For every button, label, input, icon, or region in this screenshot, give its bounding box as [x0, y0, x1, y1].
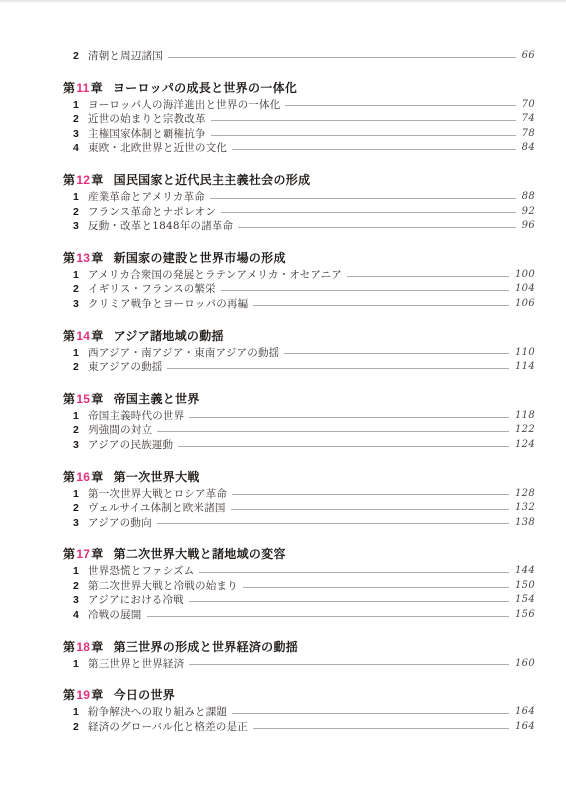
entry-page-number: 106	[515, 297, 535, 312]
entry-number: 1	[73, 98, 88, 113]
entry-number: 1	[73, 409, 88, 424]
chapter-label-suffix: 章	[91, 688, 103, 703]
chapter-number: 16	[75, 470, 91, 485]
entry-number: 4	[73, 608, 88, 623]
chapter-label-prefix: 第	[63, 688, 75, 703]
chapter-entries: 1 紛争解決への取り組みと課題 164 2 経済のグローバル化と格差の是正 16…	[63, 705, 535, 734]
entry-number: 3	[73, 297, 88, 312]
leader-line	[167, 368, 509, 369]
leader-line	[211, 135, 516, 136]
leader-line	[189, 601, 509, 602]
entry-title: 第二次世界大戦と冷戦の始まり	[88, 579, 238, 594]
entry-title: クリミア戦争とヨーロッパの再編	[88, 297, 248, 312]
entry-number: 2	[73, 579, 88, 594]
toc-entry: 3 アジアの民族運動 124	[63, 438, 535, 453]
chapter-label-prefix: 第	[63, 547, 75, 562]
entry-page-number: 138	[515, 516, 535, 531]
chapter-title: ヨーロッパの成長と世界の一体化	[113, 81, 297, 96]
entry-number: 3	[73, 219, 88, 234]
entry-page-number: 100	[515, 268, 535, 283]
chapter-heading: 第 11 章 ヨーロッパの成長と世界の一体化	[63, 81, 535, 96]
leader-line	[243, 587, 509, 588]
entry-page-number: 144	[515, 564, 535, 579]
chapter-label-prefix: 第	[63, 81, 75, 96]
chapter-section: 第 19 章 今日の世界 1 紛争解決への取り組みと課題 164 2 経済のグロ…	[63, 688, 535, 734]
toc-entry: 3 アジアにおける冷戦 154	[63, 593, 535, 608]
chapter-title: 新国家の建設と世界市場の形成	[114, 251, 286, 266]
entry-title: ヴェルサイユ体制と欧米諸国	[88, 501, 226, 516]
entry-page-number: 164	[515, 705, 535, 720]
entry-number: 1	[73, 268, 88, 283]
leader-line	[178, 446, 509, 447]
chapter-label-suffix: 章	[91, 470, 103, 485]
chapter-title: 国民国家と近代民主主義社会の形成	[114, 173, 311, 188]
entry-page-number: 154	[515, 593, 535, 608]
entry-title: 東アジアの動揺	[88, 360, 162, 375]
leader-line	[231, 509, 509, 510]
entry-title: 東欧・北欧世界と近世の文化	[88, 141, 227, 156]
entry-page-number: 104	[515, 282, 535, 297]
entry-number: 3	[73, 438, 88, 453]
entry-page-number: 160	[515, 657, 535, 672]
toc-entry: 4 冷戦の展開 156	[63, 608, 535, 623]
entry-page-number: 110	[515, 346, 535, 361]
entry-page-number: 118	[515, 409, 535, 424]
chapter-heading: 第 19 章 今日の世界	[63, 688, 535, 703]
leader-line	[284, 353, 509, 354]
chapter-number: 12	[75, 173, 91, 188]
chapter-section: 第 16 章 第一次世界大戦 1 第一次世界大戦とロシア革命 128 2 ヴェル…	[63, 470, 535, 531]
leader-line	[232, 149, 516, 150]
leader-line	[211, 120, 516, 121]
chapter-section: 第 18 章 第三世界の形成と世界経済の動揺 1 第三世界と世界経済 160	[63, 640, 535, 672]
toc-entry: 1 世界恐慌とファシズム 144	[63, 564, 535, 579]
entry-page-number: 156	[515, 608, 535, 623]
entry-number: 3	[73, 516, 88, 531]
toc-entry: 1 産業革命とアメリカ革命 88	[63, 190, 535, 205]
toc-page: 2 清朝と周辺諸国 66 第 11 章 ヨーロッパの成長と世界の一体化 1 ヨー…	[0, 0, 566, 800]
entry-number: 1	[73, 487, 88, 502]
entry-title: 帝国主義時代の世界	[88, 409, 184, 424]
toc-entry: 1 第三世界と世界経済 160	[63, 657, 535, 672]
entry-number: 1	[73, 705, 88, 720]
entry-number: 1	[73, 564, 88, 579]
toc-entry: 4 東欧・北欧世界と近世の文化 84	[63, 141, 535, 156]
leader-line	[232, 713, 509, 714]
entry-title: 反動・改革と1848年の諸革命	[88, 219, 233, 234]
chapter-title: 帝国主義と世界	[114, 392, 200, 407]
chapter-label-prefix: 第	[63, 470, 75, 485]
chapter-heading: 第 16 章 第一次世界大戦	[63, 470, 535, 485]
toc-entry: 3 反動・改革と1848年の諸革命 96	[63, 219, 535, 234]
chapter-label-prefix: 第	[63, 173, 75, 188]
toc-entry: 3 アジアの動向 138	[63, 516, 535, 531]
entry-number: 2	[73, 423, 88, 438]
entry-title: 紛争解決への取り組みと課題	[88, 705, 227, 720]
toc-entry: 2 清朝と周辺諸国 66	[63, 49, 535, 64]
chapter-number: 14	[75, 329, 91, 344]
chapter-heading: 第 13 章 新国家の建設と世界市場の形成	[63, 251, 535, 266]
chapter-title: 今日の世界	[114, 688, 176, 703]
chapter-label-suffix: 章	[91, 251, 103, 266]
entry-title: ヨーロッパ人の海洋進出と世界の一体化	[88, 98, 280, 113]
entry-title: アジアの動向	[88, 516, 152, 531]
toc-entry: 1 西アジア・南アジア・東南アジアの動揺 110	[63, 346, 535, 361]
chapter-label-suffix: 章	[91, 547, 103, 562]
chapter-section: 第 14 章 アジア諸地域の動揺 1 西アジア・南アジア・東南アジアの動揺 11…	[63, 329, 535, 375]
toc-entry: 2 東アジアの動揺 114	[63, 360, 535, 375]
entry-title: 近世の始まりと宗教改革	[88, 112, 206, 127]
toc-entry: 2 イギリス・フランスの繁栄 104	[63, 282, 535, 297]
entry-title: 主権国家体制と覇権抗争	[88, 127, 206, 142]
chapter-entries: 1 ヨーロッパ人の海洋進出と世界の一体化 70 2 近世の始まりと宗教改革 74…	[63, 98, 535, 156]
entry-number: 2	[73, 360, 88, 375]
entry-number: 2	[73, 720, 88, 735]
toc-entry: 1 アメリカ合衆国の発展とラテンアメリカ・オセアニア 100	[63, 268, 535, 283]
toc-entry: 2 フランス革命とナポレオン 92	[63, 205, 535, 220]
entry-number: 2	[73, 282, 88, 297]
entry-page-number: 92	[522, 205, 535, 220]
entry-number: 1	[73, 346, 88, 361]
chapter-entries: 1 第三世界と世界経済 160	[63, 657, 535, 672]
leader-line	[238, 227, 515, 228]
chapter-section: 第 17 章 第二次世界大戦と諸地域の変容 1 世界恐慌とファシズム 144 2…	[63, 547, 535, 622]
chapter-heading: 第 12 章 国民国家と近代民主主義社会の形成	[63, 173, 535, 188]
chapter-label-suffix: 章	[91, 173, 103, 188]
chapter-section: 第 11 章 ヨーロッパの成長と世界の一体化 1 ヨーロッパ人の海洋進出と世界の…	[63, 81, 535, 156]
entry-title: 西アジア・南アジア・東南アジアの動揺	[88, 346, 279, 361]
chapter-number: 15	[75, 392, 91, 407]
entry-page-number: 84	[522, 141, 535, 156]
toc-entry: 2 近世の始まりと宗教改革 74	[63, 112, 535, 127]
chapter-number: 17	[75, 547, 91, 562]
entry-title: 第一次世界大戦とロシア革命	[88, 487, 227, 502]
leader-line	[221, 290, 509, 291]
entry-number: 2	[73, 112, 88, 127]
toc-entry: 1 第一次世界大戦とロシア革命 128	[63, 487, 535, 502]
entry-number: 4	[73, 141, 88, 156]
toc-entry: 1 ヨーロッパ人の海洋進出と世界の一体化 70	[63, 98, 535, 113]
scan-edge-shade	[0, 0, 566, 4]
toc-entry: 3 クリミア戦争とヨーロッパの再編 106	[63, 297, 535, 312]
entry-title: アジアの民族運動	[88, 438, 173, 453]
chapter-entries: 1 西アジア・南アジア・東南アジアの動揺 110 2 東アジアの動揺 114	[63, 346, 535, 375]
chapter-label-suffix: 章	[91, 329, 103, 344]
entry-title: アジアにおける冷戦	[88, 593, 184, 608]
chapter-heading: 第 14 章 アジア諸地域の動揺	[63, 329, 535, 344]
toc-entry: 2 経済のグローバル化と格差の是正 164	[63, 720, 535, 735]
entry-page-number: 150	[515, 579, 535, 594]
toc-entry: 1 帝国主義時代の世界 118	[63, 409, 535, 424]
entry-title: 列強間の対立	[88, 423, 152, 438]
chapter-heading: 第 17 章 第二次世界大戦と諸地域の変容	[63, 547, 535, 562]
leader-line	[253, 305, 509, 306]
chapter-title: 第二次世界大戦と諸地域の変容	[114, 547, 286, 562]
entry-title: 産業革命とアメリカ革命	[88, 190, 205, 205]
chapter-section: 第 12 章 国民国家と近代民主主義社会の形成 1 産業革命とアメリカ革命 88…	[63, 173, 535, 234]
entry-number: 2	[73, 49, 88, 64]
chapter-number: 13	[75, 251, 91, 266]
entry-title: イギリス・フランスの繁栄	[88, 282, 216, 297]
entry-title: フランス革命とナポレオン	[88, 205, 216, 220]
chapter-label-prefix: 第	[63, 251, 75, 266]
chapter-entries: 1 産業革命とアメリカ革命 88 2 フランス革命とナポレオン 92 3 反動・…	[63, 190, 535, 234]
chapter-entries: 1 アメリカ合衆国の発展とラテンアメリカ・オセアニア 100 2 イギリス・フラ…	[63, 268, 535, 312]
entry-number: 2	[73, 501, 88, 516]
entry-title: アメリカ合衆国の発展とラテンアメリカ・オセアニア	[88, 268, 342, 283]
entry-title: 冷戦の展開	[88, 608, 142, 623]
leader-line	[157, 523, 509, 524]
leader-line	[168, 57, 516, 58]
leader-line	[285, 105, 515, 106]
entry-page-number: 124	[515, 438, 535, 453]
leader-line	[199, 572, 509, 573]
table-of-contents: 2 清朝と周辺諸国 66 第 11 章 ヨーロッパの成長と世界の一体化 1 ヨー…	[63, 49, 535, 734]
leader-line	[189, 417, 509, 418]
leader-line	[253, 728, 509, 729]
chapter-label-prefix: 第	[63, 640, 75, 655]
chapter-section: 第 13 章 新国家の建設と世界市場の形成 1 アメリカ合衆国の発展とラテンアメ…	[63, 251, 535, 312]
leader-line	[189, 664, 509, 665]
toc-entry: 2 列強間の対立 122	[63, 423, 535, 438]
chapter-label-suffix: 章	[91, 392, 103, 407]
entry-page-number: 96	[522, 219, 535, 234]
entry-page-number: 78	[522, 127, 535, 142]
entry-page-number: 70	[522, 98, 535, 113]
chapter-number: 11	[75, 81, 90, 96]
entry-page-number: 74	[522, 112, 535, 127]
entry-number: 2	[73, 205, 88, 220]
chapter-heading: 第 15 章 帝国主義と世界	[63, 392, 535, 407]
entry-page-number: 132	[515, 501, 535, 516]
entry-number: 3	[73, 127, 88, 142]
chapter-title: 第三世界の形成と世界経済の動揺	[114, 640, 299, 655]
entry-number: 3	[73, 593, 88, 608]
toc-entry: 2 ヴェルサイユ体制と欧米諸国 132	[63, 501, 535, 516]
chapter-label-prefix: 第	[63, 392, 75, 407]
chapter-label-suffix: 章	[91, 81, 103, 96]
entry-page-number: 88	[522, 190, 535, 205]
leader-line	[347, 276, 509, 277]
entry-title: 清朝と周辺諸国	[88, 49, 163, 64]
chapter-number: 18	[75, 640, 91, 655]
entry-page-number: 66	[522, 49, 535, 64]
toc-entry: 3 主権国家体制と覇権抗争 78	[63, 127, 535, 142]
chapter-entries: 1 帝国主義時代の世界 118 2 列強間の対立 122 3 アジアの民族運動 …	[63, 409, 535, 453]
toc-entry: 1 紛争解決への取り組みと課題 164	[63, 705, 535, 720]
entry-title: 世界恐慌とファシズム	[88, 564, 194, 579]
entry-page-number: 128	[515, 487, 535, 502]
entry-page-number: 114	[515, 360, 535, 375]
entry-title: 第三世界と世界経済	[88, 657, 184, 672]
chapter-entries: 1 第一次世界大戦とロシア革命 128 2 ヴェルサイユ体制と欧米諸国 132 …	[63, 487, 535, 531]
leader-line	[221, 212, 516, 213]
chapter-number: 19	[75, 688, 91, 703]
chapter-entries: 1 世界恐慌とファシズム 144 2 第二次世界大戦と冷戦の始まり 150 3 …	[63, 564, 535, 622]
entry-page-number: 122	[515, 423, 535, 438]
toc-entry: 2 第二次世界大戦と冷戦の始まり 150	[63, 579, 535, 594]
leader-line	[147, 616, 510, 617]
leader-line	[210, 198, 516, 199]
chapter-title: 第一次世界大戦	[114, 470, 200, 485]
chapter-label-prefix: 第	[63, 329, 75, 344]
entry-title: 経済のグローバル化と格差の是正	[88, 720, 248, 735]
entry-page-number: 164	[515, 720, 535, 735]
chapter-section: 第 15 章 帝国主義と世界 1 帝国主義時代の世界 118 2 列強間の対立 …	[63, 392, 535, 453]
entry-number: 1	[73, 657, 88, 672]
chapter-title: アジア諸地域の動揺	[114, 329, 224, 344]
chapter-heading: 第 18 章 第三世界の形成と世界経済の動揺	[63, 640, 535, 655]
chapter-label-suffix: 章	[91, 640, 103, 655]
leader-line	[157, 431, 509, 432]
leader-line	[232, 494, 509, 495]
entry-number: 1	[73, 190, 88, 205]
